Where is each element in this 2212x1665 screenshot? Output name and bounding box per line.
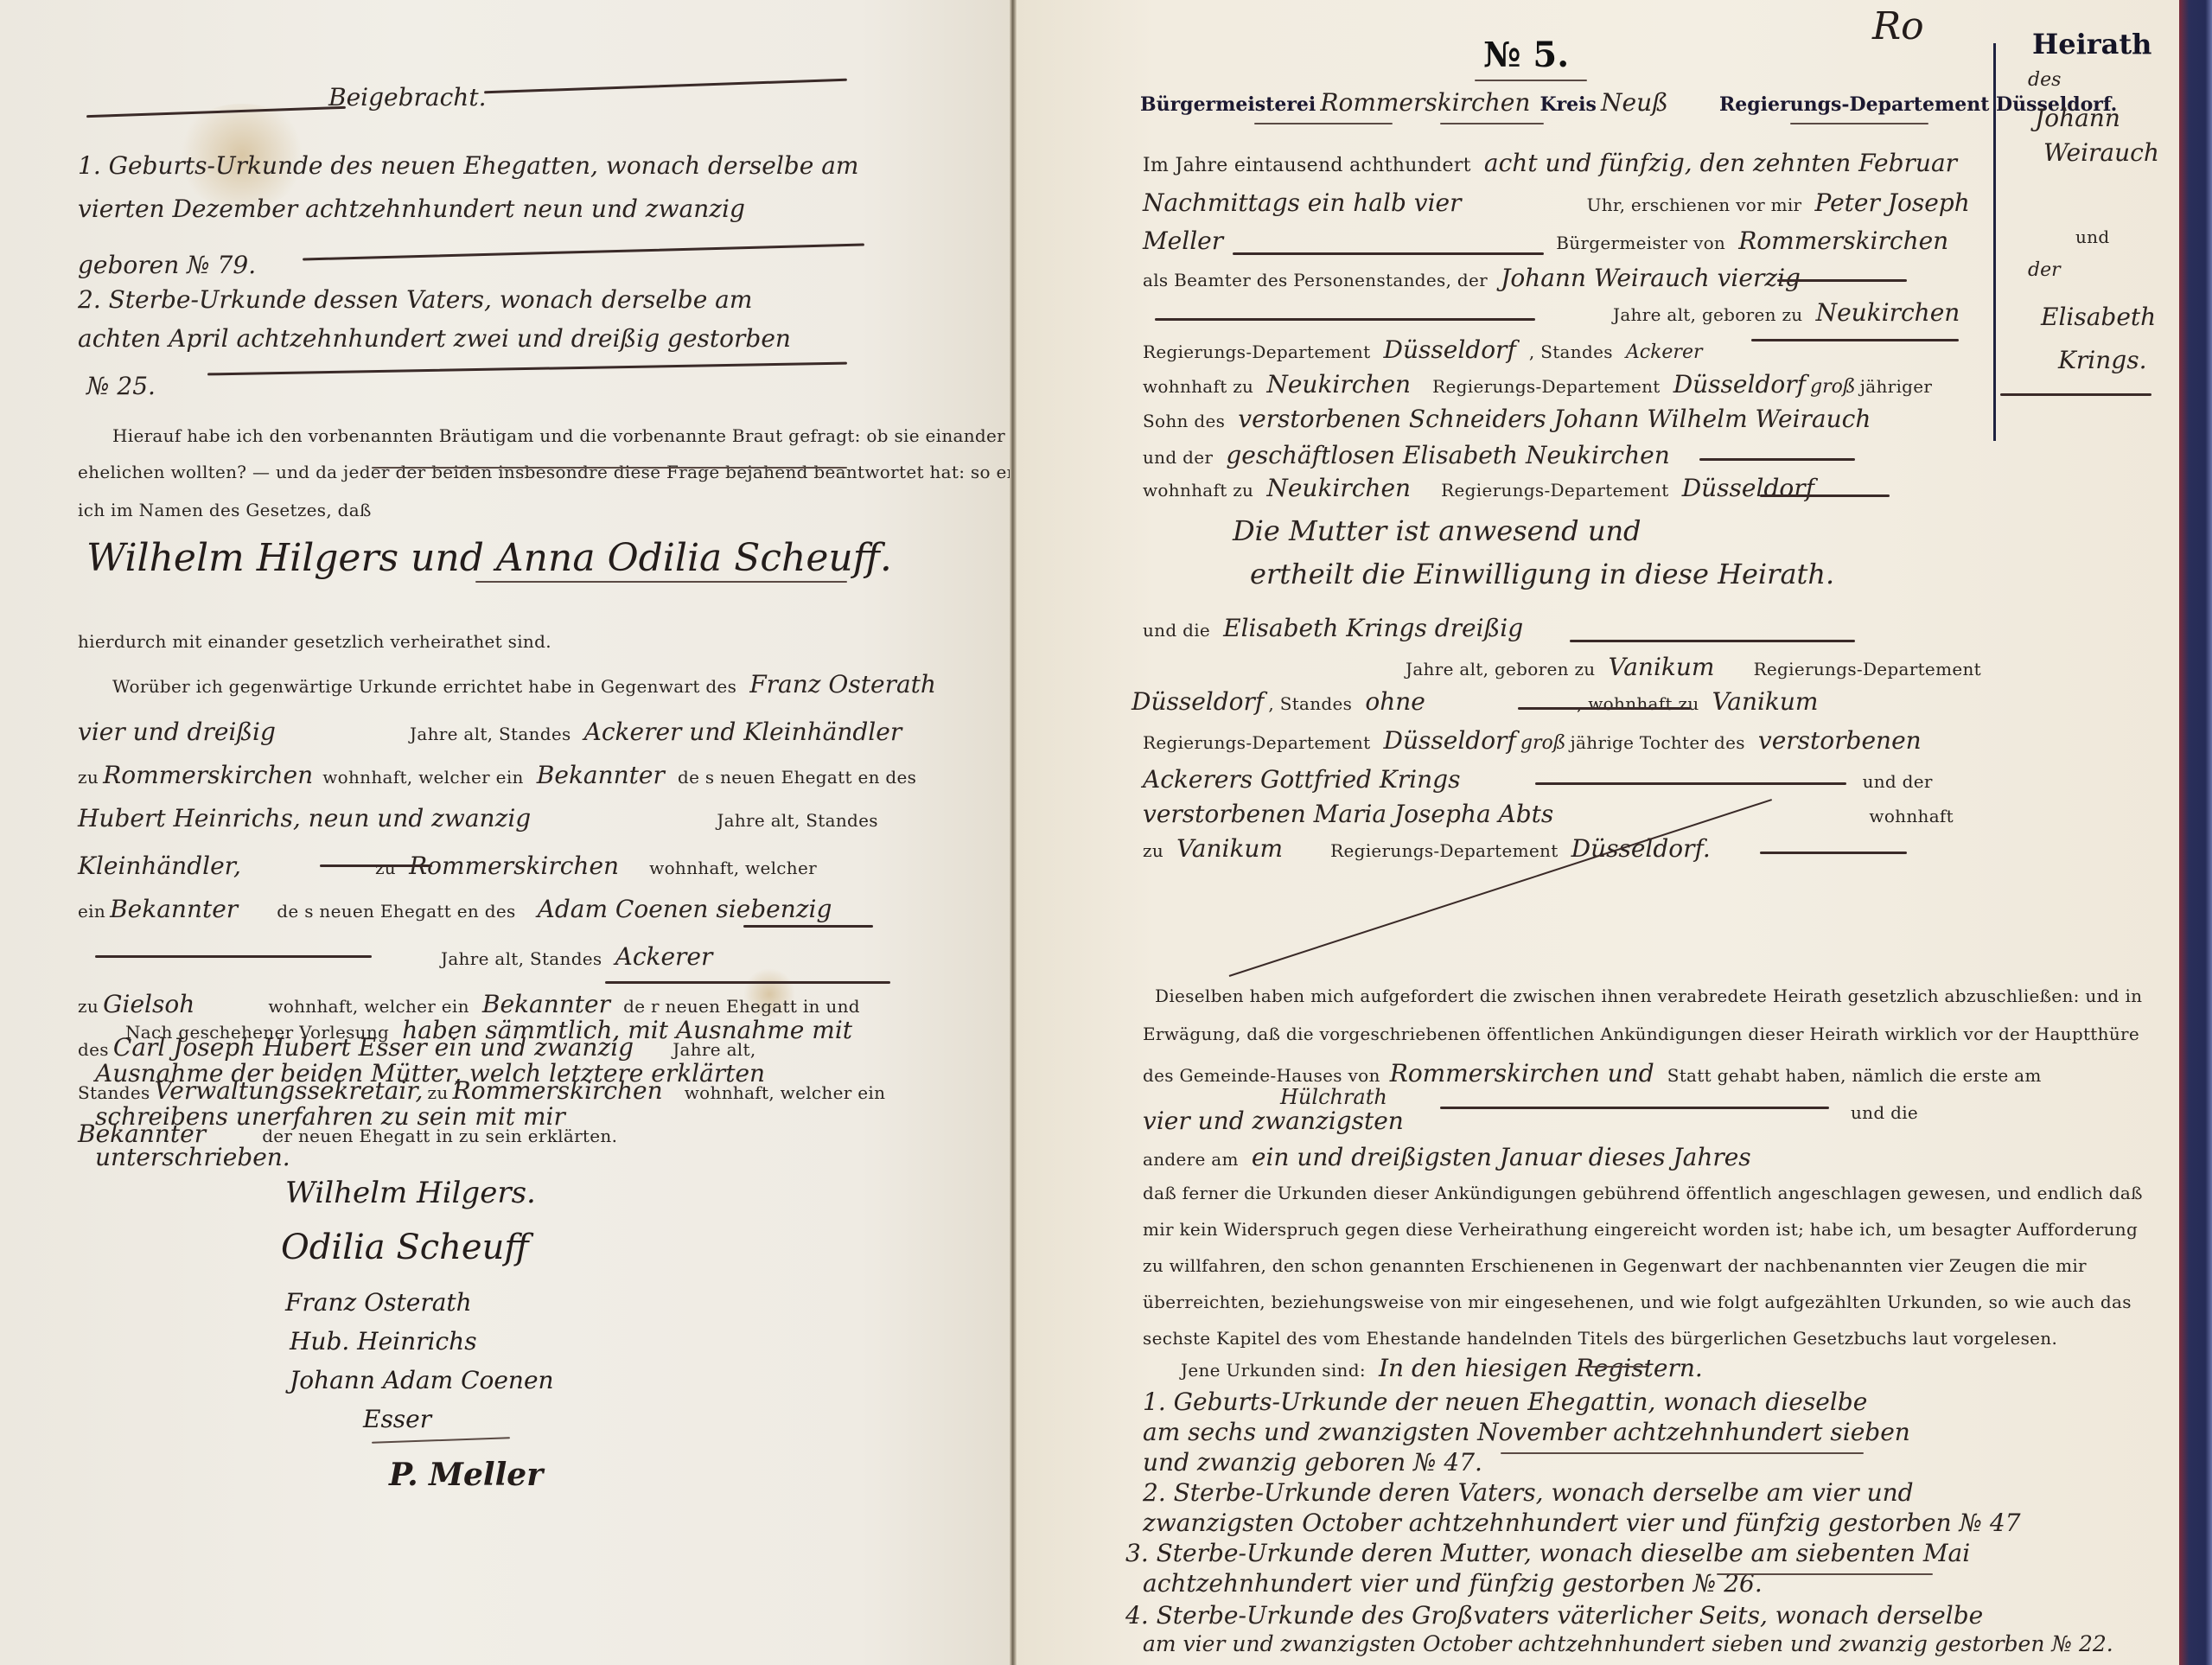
rule [484,79,847,94]
rule [1254,123,1393,124]
attachment-line: vierten Dezember achtzehnhundert neun un… [78,195,745,223]
witness-line-3: zu Rommerskirchen wohnhaft, welcher ein … [78,761,916,789]
attachment-line: 1. Geburts-Urkunde des neuen Ehegatten, … [78,151,858,180]
closing-line-3: schreibens unerfahren zu sein mit mir [95,1102,565,1131]
form-row: Regierungs-Departement Düsseldorf , Stan… [1143,335,1703,364]
form-row: Jahre alt, geboren zu Vanikum Regierungs… [1406,653,1981,681]
urkunde-line: 3. Sterbe-Urkunde deren Mutter, wonach d… [1125,1539,1970,1567]
rule [303,243,864,260]
corner-mark: Ro [1872,4,1924,48]
flourish [1475,80,1587,81]
form-row: zu Vanikum Regierungs-Departement Düssel… [1143,834,1711,863]
witness-line-4: Hubert Heinrichs, neun und zwanzig Jahre… [78,804,878,832]
body-print: zu willfahren, den schon genannten Ersch… [1143,1255,2087,1276]
form-row: Düsseldorf , Standes ohne , wohnhaft zu … [1131,687,1818,716]
closing-line-2: Ausnahme der beiden Mütter, welch letzte… [95,1059,765,1088]
rule [1760,494,1890,497]
rule [1535,782,1846,785]
form-row: verstorbenen Maria Josepha Abts wohnhaft [1143,800,1954,828]
consent-line-2: ertheilt die Einwilligung in diese Heira… [1250,558,1834,590]
rule [1777,279,1907,282]
witness-line-1: Worüber ich gegenwärtige Urkunde erricht… [112,670,936,699]
rule [1518,707,1691,710]
form-row: Regierungs-Departement Düsseldorf groß j… [1143,726,1922,755]
gemeinde-insert: Hülchrath [1280,1085,1387,1109]
margin-title: Heirath [2032,28,2151,61]
witness-line-6: ein Bekannter de s neuen Ehegatt en des … [78,895,832,923]
body-print: und die [1851,1102,1918,1123]
body-row-gemeinde: des Gemeinde-Hauses von Rommerskirchen u… [1143,1059,2042,1088]
attachment-line: № 25. [86,372,156,400]
form-row: Nachmittags ein halb vier Uhr, erschiene… [1143,188,1970,217]
rule [1751,339,1959,341]
urkunde-line: und zwanzig geboren № 47. [1143,1448,1482,1477]
consent-line-1: Die Mutter ist anwesend und [1233,514,1641,547]
form-row: Sohn des verstorbenen Schneiders Johann … [1143,405,1871,433]
witness-line-5: Kleinhändler, zu Rommerskirchen wohnhaft… [78,852,817,880]
attachment-line: 2. Sterbe-Urkunde dessen Vaters, wonach … [78,285,752,314]
print-text: ehelichen wollten? — und da jeder der be… [78,462,1061,482]
left-page: Beigebracht. 1. Geburts-Urkunde des neue… [0,0,1013,1665]
heading-beigebracht: Beigebracht. [328,83,486,112]
attachment-line: achten April achtzehnhundert zwei und dr… [78,324,791,353]
urkunde-line: 4. Sterbe-Urkunde des Großvaters väterli… [1125,1601,1983,1630]
margin-groom-last: Weirauch [2043,138,2159,167]
rule [1440,1107,1829,1109]
signature-witness-4: Esser [363,1405,431,1433]
body-print: Dieselben haben mich aufgefordert die zw… [1155,986,2142,1006]
urkunde-line: achtzehnhundert vier und fünfzig gestorb… [1143,1569,1763,1598]
margin-bride-last: Krings. [2058,346,2146,374]
body-print: daß ferner die Urkunden dieser Ankündigu… [1143,1183,2143,1203]
urkunden-heading: Jene Urkunden sind: In den hiesigen Regi… [1181,1354,1703,1382]
witness-line-7: Jahre alt, Standes Ackerer [441,942,712,971]
margin-prefix: der [2028,259,2061,281]
rule [1570,640,1855,642]
urkunde-line: am sechs und zwanzigsten November achtze… [1143,1418,1910,1446]
margin-prefix: des [2028,69,2061,91]
form-row: Meller Bürgermeister von Rommerskirchen [1143,226,1948,255]
rule [1501,1452,1864,1454]
witness-line-8: zu Gielsoh wohnhaft, welcher ein Bekannt… [78,990,860,1018]
margin-divider [1993,43,1996,441]
book-cover-edge [2179,0,2212,1665]
closing-line-4: unterschrieben. [95,1143,290,1171]
rule [95,955,372,958]
margin-und: und [2075,226,2109,247]
binding-gutter [1010,0,1017,1665]
attachment-line: geboren № 79. [78,251,256,279]
witness-line-2: vier und dreißig Jahre alt, Standes Acke… [78,718,902,746]
rule [743,925,873,928]
print-text: hierdurch mit einander gesetzlich verhei… [78,631,551,652]
margin-bride-first: Elisabeth [2041,303,2156,331]
form-row: und die Elisabeth Krings dreißig [1143,614,1523,642]
signature-witness-3: Johann Adam Coenen [290,1366,554,1394]
urkunde-line: zwanzigsten October achtzehnhundert vier… [1143,1509,2021,1537]
signature-groom: Wilhelm Hilgers. [285,1176,536,1210]
body-print: überreichten, beziehungsweise von mir ei… [1143,1292,2132,1312]
form-row: und der geschäftlosen Elisabeth Neukirch… [1143,441,1670,469]
rule [2000,393,2151,396]
body-row-second-date: andere am ein und dreißigsten Januar die… [1143,1143,1751,1171]
form-row: Jahre alt, geboren zu Neukirchen [1613,298,1960,327]
rule [320,864,432,867]
print-text: Hierauf habe ich den vorbenannten Bräuti… [112,425,1005,446]
rule [1790,123,1928,124]
rule [1717,1573,1933,1575]
body-print: mir kein Widerspruch gegen diese Verheir… [1143,1219,2138,1240]
form-row: als Beamter des Personenstandes, der Joh… [1143,264,1801,292]
closing-line-1: Nach geschehener Vorlesung haben sämmtli… [125,1016,852,1044]
rule [1760,852,1907,854]
urkunde-line: am vier und zwanzigsten October achtzehn… [1143,1631,2113,1656]
signature-witness-2: Hub. Heinrichs [290,1327,477,1356]
signature-mayor: P. Meller [389,1457,543,1493]
couple-names: Wilhelm Hilgers und Anna Odilia Scheuff. [86,536,892,580]
form-row: Im Jahre eintausend achthundert acht und… [1143,149,1957,177]
rule [1587,1366,1648,1368]
form-row: wohnhaft zu Neukirchen Regierungs-Depart… [1143,474,1814,502]
body-print: Erwägung, daß die vorgeschriebenen öffen… [1143,1024,2139,1044]
rule [372,467,847,469]
urkunde-line: 1. Geburts-Urkunde der neuen Ehegattin, … [1143,1387,1867,1416]
rule [1233,252,1544,255]
right-page: Ro № 5. Bürgermeisterei Rommerskirchen K… [1017,0,2179,1665]
print-text: ich im Namen des Gesetzes, daß [78,500,372,520]
rule [372,1437,510,1444]
form-row: Ackerers Gottfried Krings und der [1143,765,1933,794]
signature-bride: Odilia Scheuff [281,1228,529,1267]
record-number: № 5. [1483,35,1569,75]
body-row-first-date: vier und zwanzigsten [1143,1107,1404,1135]
margin-groom-first: Johann [2035,104,2120,132]
rule [475,581,847,583]
urkunde-line: 2. Sterbe-Urkunde deren Vaters, wonach d… [1143,1478,1914,1507]
signature-witness-1: Franz Osterath [285,1288,472,1317]
rule [1440,123,1544,124]
form-row: wohnhaft zu Neukirchen Regierungs-Depart… [1143,370,1932,399]
rule [1699,458,1855,461]
body-print: sechste Kapitel des vom Ehestande handel… [1143,1328,2057,1349]
rule [605,981,890,984]
rule [1155,318,1535,321]
header-row: Bürgermeisterei Rommerskirchen Kreis Neu… [1140,88,1668,117]
rule [207,362,847,376]
